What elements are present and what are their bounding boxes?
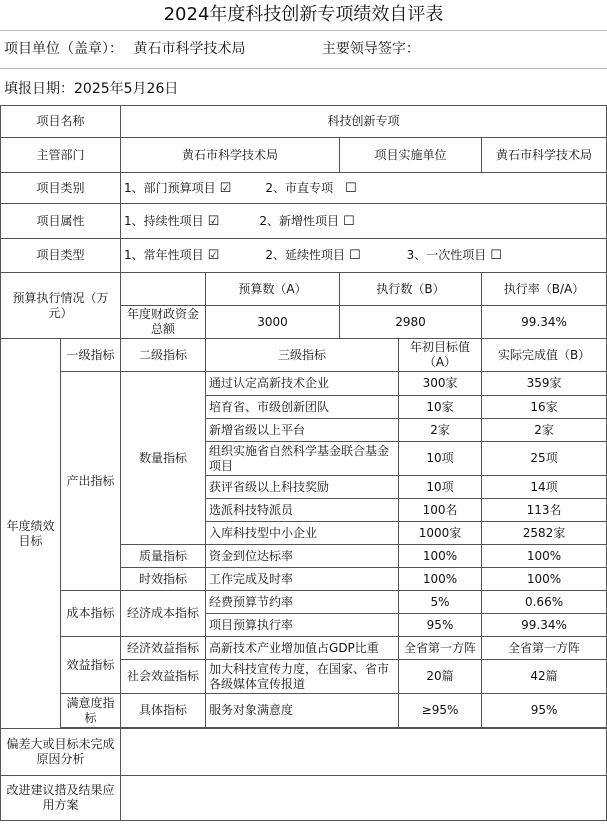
group-econ-benefit: 经济效益指标 (121, 637, 206, 660)
goals-label: 年度绩效目标 (1, 339, 61, 729)
improvement-label: 改进建议措及结果应用方案 (1, 776, 121, 821)
date-value: 2025年5月26日 (74, 81, 178, 97)
option-label: 1、部门预算项目 (124, 181, 216, 195)
indicator-name: 培育省、市级创新团队 (206, 396, 399, 419)
target-value: 100% (399, 568, 482, 591)
unit-line: 项目单位（盖章）： 黄石市科学技术局 主要领导签字： (4, 38, 420, 58)
option-label: 1、常年性项目 (124, 248, 204, 262)
group-quantity: 数量指标 (121, 372, 206, 545)
indicator-name: 新增省级以上平台 (206, 419, 399, 442)
indicator-name: 通过认定高新技术企业 (206, 372, 399, 396)
attribute-options: 1、持续性项目☑2、新增性项目☐ (121, 204, 607, 239)
project-name-label: 项目名称 (1, 106, 121, 138)
form-title: 2024年度科技创新专项绩效自评表 (0, 0, 607, 31)
indicator-name: 入库科技型中小企业 (206, 522, 399, 545)
header-level3: 三级指标 (206, 339, 399, 372)
deviation-field[interactable] (121, 729, 607, 776)
attribute-label: 项目属性 (1, 204, 121, 239)
target-value: 2家 (399, 419, 482, 442)
target-value: 100% (399, 545, 482, 568)
indicator-name: 获评省级以上科技奖励 (206, 476, 399, 499)
actual-value: 95% (482, 694, 607, 728)
actual-value: 359家 (482, 372, 607, 396)
impl-unit-value: 黄石市科学技术局 (482, 138, 607, 173)
unit-value: 黄石市科学技术局 (133, 41, 245, 57)
indicator-name: 资金到位达标率 (206, 545, 399, 568)
group-econ-cost: 经济成本指标 (121, 591, 206, 637)
unchecked-box-icon[interactable]: ☐ (349, 248, 361, 263)
actual-value: 100% (482, 568, 607, 591)
target-value: 100名 (399, 499, 482, 522)
date-line: 填报日期：2025年5月26日 (4, 78, 178, 98)
target-value: ≥95% (399, 694, 482, 728)
budget-label: 预算执行情况（万元） (1, 273, 121, 339)
budget-a-value: 3000 (206, 306, 340, 339)
attribute-row: 项目属性 1、持续性项目☑2、新增性项目☐ (1, 204, 607, 239)
group-output: 产出指标 (61, 372, 121, 591)
leader-signature-label: 主要领导签字： (322, 41, 420, 57)
checked-box-icon[interactable]: ☑ (220, 181, 232, 196)
goals-header-row: 年度绩效目标 一级指标 二级指标 三级指标 年初目标值（A） 实际完成值（B） (1, 339, 607, 372)
indicator-name: 经费预算节约率 (206, 591, 399, 614)
header-actual: 实际完成值（B） (482, 339, 607, 372)
actual-value: 25项 (482, 442, 607, 476)
actual-value: 42篇 (482, 660, 607, 694)
group-timeliness: 时效指标 (121, 568, 206, 591)
type-label: 项目类型 (1, 239, 121, 273)
header-level1: 一级指标 (61, 339, 121, 372)
option-label: 2、延续性项目 (265, 248, 345, 262)
checked-box-icon[interactable]: ☑ (208, 248, 220, 263)
dept-value: 黄石市科学技术局 (121, 138, 340, 173)
unit-label: 项目单位（盖章）： (4, 41, 123, 57)
budget-row-label: 年度财政资金总额 (121, 306, 206, 339)
actual-value: 0.66% (482, 591, 607, 614)
budget-rate-value: 99.34% (482, 306, 607, 339)
table-row: 满意度指标 具体指标 服务对象满意度 ≥95% 95% (1, 694, 607, 728)
evaluation-table: 项目名称 科技创新专项 主管部门 黄石市科学技术局 项目实施单位 黄石市科学技术… (0, 105, 607, 821)
type-row: 项目类型 1、常年性项目☑2、延续性项目☐3、一次性项目☐ (1, 239, 607, 273)
dept-row: 主管部门 黄石市科学技术局 项目实施单位 黄石市科学技术局 (1, 138, 607, 173)
indicator-name: 高新技术产业增加值占GDP比重 (206, 637, 399, 660)
actual-value: 2家 (482, 419, 607, 442)
header-target: 年初目标值（A） (399, 339, 482, 372)
actual-value: 2582家 (482, 522, 607, 545)
target-value: 10项 (399, 476, 482, 499)
option-label: 2、新增性项目 (259, 214, 339, 228)
target-value: 20篇 (399, 660, 482, 694)
category-options: 1、部门预算项目☑2、市直专项☐ (121, 173, 607, 204)
indicator-name: 选派科技特派员 (206, 499, 399, 522)
indicator-name: 组织实施省自然科学基金联合基金项目 (206, 442, 399, 476)
option-label: 1、持续性项目 (124, 214, 204, 228)
actual-value: 113名 (482, 499, 607, 522)
unchecked-box-icon[interactable]: ☐ (343, 214, 355, 229)
deviation-label: 偏差大或目标未完成原因分析 (1, 729, 121, 776)
checked-box-icon[interactable]: ☑ (208, 214, 220, 229)
date-label: 填报日期： (4, 81, 74, 97)
actual-value: 100% (482, 545, 607, 568)
unchecked-box-icon[interactable]: ☐ (345, 181, 357, 196)
unchecked-box-icon[interactable]: ☐ (490, 248, 502, 263)
actual-value: 14项 (482, 476, 607, 499)
project-name-row: 项目名称 科技创新专项 (1, 106, 607, 138)
improvement-row: 改进建议措及结果应用方案 (1, 776, 607, 821)
group-quality: 质量指标 (121, 545, 206, 568)
group-benefit: 效益指标 (61, 637, 121, 694)
budget-col-a: 预算数（A） (206, 273, 340, 306)
table-row: 产出指标 数量指标 通过认定高新技术企业 300家 359家 (1, 372, 607, 396)
budget-col-b: 执行数（B） (340, 273, 482, 306)
group-satisfaction: 满意度指标 (61, 694, 121, 728)
divider (0, 68, 607, 69)
indicator-name: 加大科技宣传力度，在国家、省市各级媒体宣传报道 (206, 660, 399, 694)
improvement-field[interactable] (121, 776, 607, 821)
target-value: 300家 (399, 372, 482, 396)
category-row: 项目类别 1、部门预算项目☑2、市直专项☐ (1, 173, 607, 204)
budget-col-rate: 执行率（B/A） (482, 273, 607, 306)
dept-label: 主管部门 (1, 138, 121, 173)
target-value: 1000家 (399, 522, 482, 545)
indicator-name: 工作完成及时率 (206, 568, 399, 591)
impl-unit-label: 项目实施单位 (340, 138, 482, 173)
option-label: 3、一次性项目 (407, 248, 487, 262)
table-row: 成本指标 经济成本指标 经费预算节约率 5% 0.66% (1, 591, 607, 614)
target-value: 10家 (399, 396, 482, 419)
actual-value: 99.34% (482, 614, 607, 637)
budget-b-value: 2980 (340, 306, 482, 339)
project-name-value: 科技创新专项 (121, 106, 607, 138)
target-value: 5% (399, 591, 482, 614)
header-level2: 二级指标 (121, 339, 206, 372)
target-value: 全省第一方阵 (399, 637, 482, 660)
option-label: 2、市直专项 (265, 181, 333, 195)
group-social-benefit: 社会效益指标 (121, 660, 206, 694)
target-value: 10项 (399, 442, 482, 476)
group-specific: 具体指标 (121, 694, 206, 728)
target-value: 95% (399, 614, 482, 637)
budget-header-row: 预算执行情况（万元） 预算数（A） 执行数（B） 执行率（B/A） (1, 273, 607, 306)
indicator-name: 项目预算执行率 (206, 614, 399, 637)
type-options: 1、常年性项目☑2、延续性项目☐3、一次性项目☐ (121, 239, 607, 273)
group-cost: 成本指标 (61, 591, 121, 637)
table-row: 效益指标 经济效益指标 高新技术产业增加值占GDP比重 全省第一方阵 全省第一方… (1, 637, 607, 660)
category-label: 项目类别 (1, 173, 121, 204)
actual-value: 全省第一方阵 (482, 637, 607, 660)
budget-blank (121, 273, 206, 306)
actual-value: 16家 (482, 396, 607, 419)
indicator-name: 服务对象满意度 (206, 694, 399, 728)
deviation-row: 偏差大或目标未完成原因分析 (1, 729, 607, 776)
